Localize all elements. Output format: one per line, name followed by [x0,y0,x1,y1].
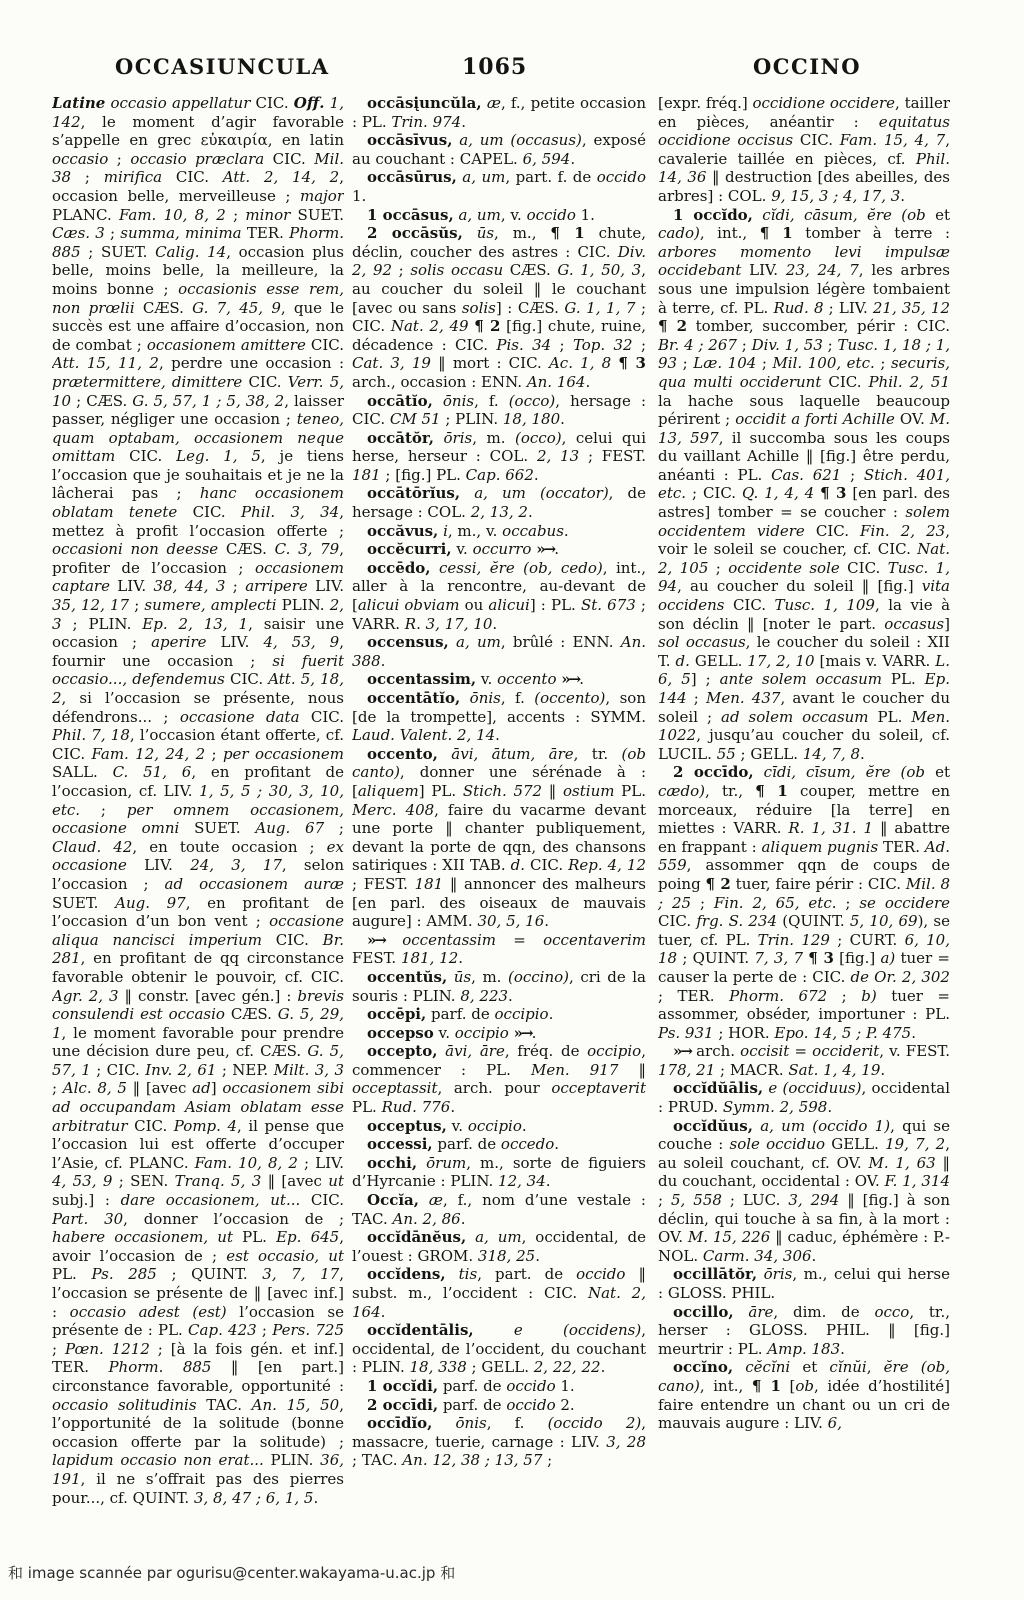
text-column-2: occāsįuncŭla, æ, f., petite occasion : P… [352,94,646,1572]
dictionary-entry: occātŏr, ōris, m. (occo), celui qui hers… [352,429,646,485]
dictionary-entry: occĭdānĕus, a, um, occidental, de l’oues… [352,1228,646,1265]
dictionary-entry: occhi, ōrum, m., sorte de figuiers d’Hyr… [352,1154,646,1191]
dictionary-entry: »→ occentassim = occentaverim FEST. 181,… [352,931,646,968]
dictionary-entry: occensus, a, um, brûlé : ENN. An. 388. [352,633,646,670]
scan-watermark: 和 image scannée par ogurisu@center.wakay… [8,1562,455,1583]
dictionary-entry: occillātŏr, ōris, m., celui qui herse : … [658,1265,950,1302]
dictionary-entry: occēpi, parf. de occipio. [352,1005,646,1024]
page-number: 1065 [462,54,527,80]
dictionary-page: OCCASIUNCULA 1065 OCCINO Latine occasio … [0,0,1024,1600]
archaic-form-arrow-icon: »→ [673,1042,691,1060]
dictionary-entry: occĭdŭālis, e (occiduus), occidental : P… [658,1079,950,1116]
dictionary-entry: occāsįuncŭla, æ, f., petite occasion : P… [352,94,646,131]
dictionary-entry: occātōrĭus, a, um (occator), de hersage … [352,484,646,521]
dictionary-entry: Occĭa, æ, f., nom d’une vestale : TAC. A… [352,1191,646,1228]
dictionary-entry: occentŭs, ūs, m. (occino), cri de la sou… [352,968,646,1005]
dictionary-entry: 1 occĭdi, parf. de occido 1. [352,1377,646,1396]
text-column-3: [expr. fréq.] occidione occidere, taille… [658,94,950,1572]
running-head: OCCASIUNCULA 1065 OCCINO [0,54,1024,84]
dictionary-entry: occentātĭo, ōnis, f. (occento), son [de … [352,689,646,745]
entry-continuation: Latine occasio appellatur CIC. Off. 1, 1… [52,94,344,1507]
dictionary-entry: occepto, āvi, āre, fréq. de occipio, com… [352,1042,646,1116]
dictionary-entry: occăvus, i, m., v. occabus. [352,522,646,541]
dictionary-entry: occillo, āre, dim. de occo, tr., herser … [658,1303,950,1359]
header-left-keyword: OCCASIUNCULA [115,54,330,79]
archaic-form-arrow-icon: »→ [367,931,385,949]
dictionary-entry: 2 occīdo, cīdi, cīsum, ĕre (ob et cædo),… [658,763,950,1042]
dictionary-entry: occento, āvi, ātum, āre, tr. (ob canto),… [352,745,646,931]
dictionary-entry: occāsūrus, a, um, part. f. de occido 1. [352,168,646,205]
entry-continuation: [expr. fréq.] occidione occidere, taille… [658,94,950,206]
dictionary-entry: occātĭo, ōnis, f. (occo), hersage : CIC.… [352,392,646,429]
dictionary-entry: occessi, parf. de occedo. [352,1135,646,1154]
text-column-1: Latine occasio appellatur CIC. Off. 1, 1… [52,94,344,1572]
archaic-form-arrow-icon: »→ [514,1024,532,1042]
header-right-keyword: OCCINO [753,54,861,79]
dictionary-entry: occeptus, v. occipio. [352,1117,646,1136]
dictionary-entry: occĭdentālis, e (occidens), occidental, … [352,1321,646,1377]
dictionary-entry: occēdo, cessi, ĕre (ob, cedo), int., all… [352,559,646,633]
dictionary-entry: occĕcurri, v. occurro »→. [352,540,646,559]
dictionary-entry: occĭdens, tis, part. de occido ‖ subst. … [352,1265,646,1321]
dictionary-entry: occĭno, cĕcĭni et cĭnŭi, ĕre (ob, cano),… [658,1358,950,1432]
archaic-form-arrow-icon: »→ [536,540,554,558]
dictionary-entry: »→ arch. occisit = occiderit, v. FEST. 1… [658,1042,950,1079]
dictionary-entry: occīdĭo, ōnis, f. (occido 2), massacre, … [352,1414,646,1470]
dictionary-entry: 2 occīdi, parf. de occido 2. [352,1396,646,1415]
dictionary-entry: 2 occāsŭs, ūs, m., ¶ 1 chute, déclin, co… [352,224,646,391]
dictionary-entry: occāsīvus, a, um (occasus), exposé au co… [352,131,646,168]
dictionary-entry: occentassim, v. occento »→. [352,670,646,689]
dictionary-entry: occepso v. occipio »→. [352,1024,646,1043]
archaic-form-arrow-icon: »→ [561,670,579,688]
dictionary-entry: occĭdŭus, a, um (occido 1), qui se couch… [658,1117,950,1266]
dictionary-entry: 1 occāsus, a, um, v. occido 1. [352,206,646,225]
dictionary-entry: 1 occĭdo, cĭdi, cāsum, ĕre (ob et cado),… [658,206,950,764]
